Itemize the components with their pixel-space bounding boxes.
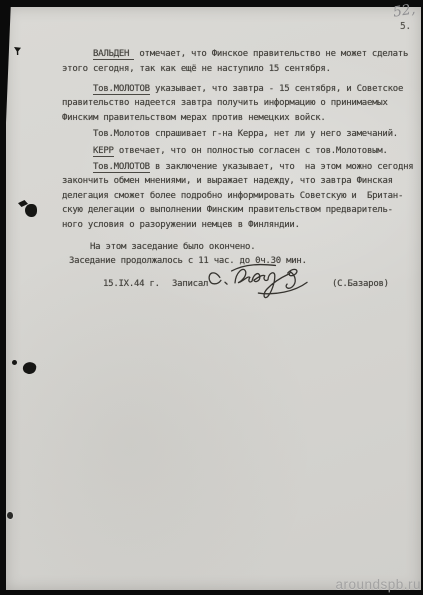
text-line: На этом заседание было окончено. — [62, 240, 307, 255]
paragraph: КЕРР отвечает, что он полностью согласен… — [62, 144, 388, 159]
text-line: Тов.МОЛОТОВ в заключение указывает, что … — [62, 160, 413, 175]
text-line: Финским правительством мерах против неме… — [62, 111, 403, 126]
text-line: делегация сможет более подробно информир… — [62, 189, 413, 204]
handwritten-signature — [205, 258, 314, 306]
text-line: этого сегодня, так как ещё не наступило … — [62, 62, 408, 77]
speaker-name: Тов.МОЛОТОВ — [93, 162, 150, 173]
text-line: закончить обмен мнениями, и выражает над… — [62, 174, 413, 189]
text-line: скую делегации о выполнении Финским прав… — [62, 203, 413, 218]
text-line: ного условия о разоружении немцев в Финл… — [62, 218, 413, 233]
recorded-by-label: Записал — [172, 279, 208, 289]
line-text: отвечает, что он полностью согласен с то… — [114, 146, 388, 156]
text-line: правительство надеется завтра получить и… — [62, 96, 403, 111]
line-text: указывает, что завтра - 15 сентября, и С… — [150, 84, 403, 94]
line-text: отмечает, что Финское правительство не м… — [134, 49, 408, 59]
ink-blot — [25, 204, 37, 217]
speaker-name: ВАЛЬДЕН — [93, 49, 134, 60]
punch-hole-mark — [7, 512, 13, 519]
paragraph: Тов.МОЛОТОВ указывает, что завтра - 15 с… — [62, 82, 403, 126]
paragraph: Тов.Молотов спрашивает г-на Керра, нет л… — [62, 127, 398, 142]
text-line: Тов.Молотов спрашивает г-на Керра, нет л… — [62, 127, 398, 142]
text-line: КЕРР отвечает, что он полностью согласен… — [62, 144, 388, 159]
date: 15.IX.44 г. — [103, 279, 160, 289]
paragraph: Тов.МОЛОТОВ в заключение указывает, что … — [62, 160, 413, 233]
scanned-document-page: 52, 5. ВАЛЬДЕН отмечает, что Финское пра… — [0, 0, 423, 595]
typed-name: (С.Базаров) — [332, 279, 389, 289]
line-text: Тов.Молотов спрашивает г-на Керра, нет л… — [93, 129, 398, 139]
watermark: aroundspb.ru — [335, 577, 421, 592]
ink-blot — [12, 360, 17, 365]
page-number: 5. — [400, 21, 411, 32]
speaker-name: КЕРР — [93, 146, 114, 157]
text-line: Тов.МОЛОТОВ указывает, что завтра - 15 с… — [62, 82, 403, 97]
text-line: ВАЛЬДЕН отмечает, что Финское правительс… — [62, 47, 408, 62]
speaker-name: Тов.МОЛОТОВ — [93, 84, 150, 95]
line-text: в заключение указывает, что на этом можн… — [150, 162, 414, 172]
paragraph: ВАЛЬДЕН отмечает, что Финское правительс… — [62, 47, 408, 76]
